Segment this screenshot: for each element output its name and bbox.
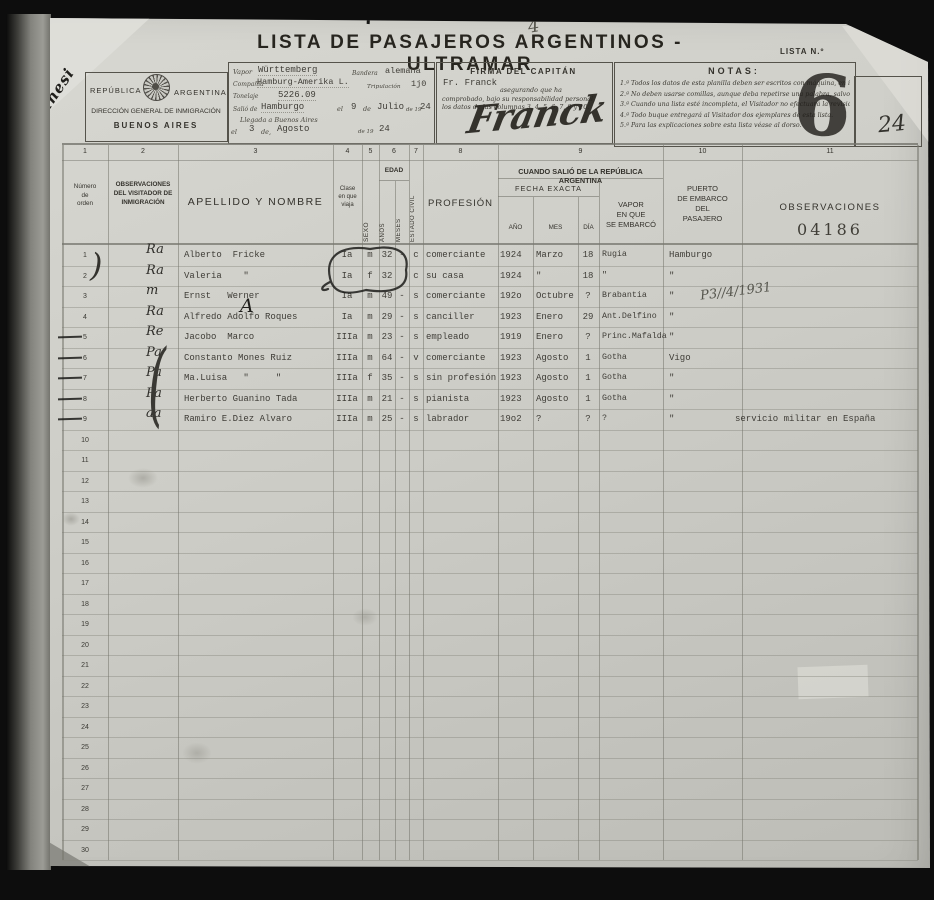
row-9-dia: ? <box>578 413 598 425</box>
row-9-ano: 19o2 <box>500 413 532 425</box>
row-4-prof: canciller <box>426 311 502 323</box>
row-3-prof: comerciante <box>426 290 502 302</box>
row-7-anos: 35 <box>379 372 395 384</box>
row-3-ano: 192o <box>500 290 532 302</box>
row-3-vapor: Brabantia <box>602 290 664 302</box>
table-grid <box>0 0 934 900</box>
col-num-10: 10 <box>663 148 742 155</box>
row-25-n: 25 <box>62 742 108 754</box>
row-19-n: 19 <box>62 619 108 631</box>
row-10-n: 10 <box>62 435 108 447</box>
brace-rows-6-9: ( <box>148 330 166 437</box>
grid-line <box>62 160 918 161</box>
row-9-sexo: m <box>361 413 379 425</box>
grid-line <box>62 348 918 349</box>
pen-strike-row-6 <box>58 356 82 359</box>
row-3-mes: Octubre <box>536 290 576 302</box>
row-7-clase: IIIa <box>333 372 361 384</box>
row-5-anos: 23 <box>379 331 395 343</box>
grid-line <box>62 143 918 145</box>
row-6-vapor: Gotha <box>602 352 664 364</box>
row-5-sexo: m <box>361 331 379 343</box>
row-4-meses: - <box>395 311 409 323</box>
row-27-n: 27 <box>62 783 108 795</box>
row-1-name: Alberto Fricke <box>184 249 336 261</box>
row-2-ano: 1924 <box>500 270 532 282</box>
row-7-mes: Agosto <box>536 372 576 384</box>
grid-line <box>62 266 918 267</box>
pen-loop-rows-1-2 <box>320 242 416 300</box>
row-21-n: 21 <box>62 660 108 672</box>
grid-line <box>62 491 918 492</box>
row-5-clase: IIIa <box>333 331 361 343</box>
grid-line <box>62 512 918 513</box>
header-meses: MESES <box>396 188 402 242</box>
header-observaciones: OBSERVACIONES <box>742 202 918 213</box>
header-apellido: APELLIDO Y NOMBRE <box>178 196 333 208</box>
page-fold-edge <box>6 14 51 870</box>
row-7-ano: 1923 <box>500 372 532 384</box>
row-6-dia: 1 <box>578 352 598 364</box>
row-5-name: Jacobo Marco <box>184 331 336 343</box>
row-20-n: 20 <box>62 640 108 652</box>
grid-line <box>62 696 918 697</box>
row-1-prof: comerciante <box>426 249 502 261</box>
header-edad: EDAD <box>379 167 409 174</box>
col-num-6: 6 <box>379 148 409 155</box>
row-18-n: 18 <box>62 599 108 611</box>
row-8-meses: - <box>395 393 409 405</box>
row-2-vapor: " <box>602 270 664 282</box>
row-9-clase: IIIa <box>333 413 361 425</box>
col-num-2: 2 <box>108 148 178 155</box>
row-2-name: Valeria " <box>184 270 336 282</box>
row-4-ano: 1923 <box>500 311 532 323</box>
grid-line <box>62 368 918 369</box>
row-9-puerto: " <box>669 413 739 425</box>
row-1-puerto: Hamburgo <box>669 249 739 261</box>
grid-line <box>62 717 918 718</box>
grid-line <box>62 758 918 759</box>
row-6-ano: 1923 <box>500 352 532 364</box>
row-5-ano: 1919 <box>500 331 532 343</box>
grid-line <box>62 635 918 636</box>
grid-line <box>62 860 918 861</box>
row-8-prof: pianista <box>426 393 502 405</box>
row-5-puerto: " <box>669 331 739 343</box>
row-13-n: 13 <box>62 496 108 508</box>
header-dia: DÍA <box>578 224 599 231</box>
row-7-prof: sin profesión <box>426 372 502 384</box>
row-4-clase: Ia <box>333 311 361 323</box>
row-3-n: 3 <box>62 291 108 303</box>
grid-line <box>62 573 918 574</box>
row-4-hand_overlay: A <box>240 300 262 312</box>
grid-line <box>62 799 918 800</box>
row-4-name: Alfredo Adolfo Roques <box>184 311 336 323</box>
row-8-vapor: Gotha <box>602 393 664 405</box>
stamp-number: 04186 <box>742 220 918 239</box>
row-7-meses: - <box>395 372 409 384</box>
row-30-n: 30 <box>62 845 108 857</box>
row-2-prof: su casa <box>426 270 502 282</box>
document-page: LISTA DE PASAJEROS ARGENTINOS - ULTRAMAR… <box>0 0 934 900</box>
header-puerto: PUERTO DE EMBARCO DEL PASAJERO <box>663 184 742 224</box>
row-6-name: Constanto Mones Ruiz <box>184 352 336 364</box>
row-4-estado: s <box>409 311 423 323</box>
row-26-n: 26 <box>62 763 108 775</box>
row-8-sexo: m <box>361 393 379 405</box>
row-8-name: Herberto Guanino Tada <box>184 393 336 405</box>
row-5-mes: Enero <box>536 331 576 343</box>
row-7-dia: 1 <box>578 372 598 384</box>
grid-line <box>62 676 918 677</box>
row-6-meses: - <box>395 352 409 364</box>
row-1-ano: 1924 <box>500 249 532 261</box>
col-num-1: 1 <box>62 148 108 155</box>
row-4-puerto: " <box>669 311 739 323</box>
grid-line <box>62 307 918 308</box>
grid-line <box>62 819 918 820</box>
row-11-n: 11 <box>62 455 108 467</box>
row-7-sexo: f <box>361 372 379 384</box>
header-estado-civil: ESTADO CIVIL <box>410 168 416 242</box>
row-2-dia: 18 <box>578 270 598 282</box>
row-8-clase: IIIa <box>333 393 361 405</box>
row-23-n: 23 <box>62 701 108 713</box>
row-5-prof: empleado <box>426 331 502 343</box>
grid-line <box>533 197 534 860</box>
col-num-9: 9 <box>498 148 663 155</box>
grid-line <box>498 196 599 197</box>
row-16-n: 16 <box>62 558 108 570</box>
grid-line <box>62 553 918 554</box>
header-ano: AÑO <box>498 224 533 231</box>
header-fecha-exacta: FECHA EXACTA <box>498 184 599 193</box>
row-29-n: 29 <box>62 824 108 836</box>
row-6-estado: v <box>409 352 423 364</box>
row-4-n: 4 <box>62 312 108 324</box>
row-5-dia: ? <box>578 331 598 343</box>
row-12-n: 12 <box>62 476 108 488</box>
grid-line <box>62 471 918 472</box>
row-7-estado: s <box>409 372 423 384</box>
row-8-mes: Agosto <box>536 393 576 405</box>
row-8-estado: s <box>409 393 423 405</box>
grid-line <box>62 327 918 328</box>
row-2-puerto: " <box>669 270 739 282</box>
grid-line <box>108 145 109 860</box>
row-8-puerto: " <box>669 393 739 405</box>
row-1-dia: 18 <box>578 249 598 261</box>
row-2-mark: Ra <box>146 265 180 277</box>
grid-line <box>742 145 743 860</box>
grid-line <box>62 532 918 533</box>
row-17-n: 17 <box>62 578 108 590</box>
grid-line <box>62 409 918 410</box>
row-6-puerto: Vigo <box>669 352 739 364</box>
row-9-prof: labrador <box>426 413 502 425</box>
row-7-name: Ma.Luisa " " <box>184 372 336 384</box>
grid-line <box>62 243 918 245</box>
row-8-anos: 21 <box>379 393 395 405</box>
row-4-sexo: m <box>361 311 379 323</box>
row-4-dia: 29 <box>578 311 598 323</box>
row-1-vapor: Rugia <box>602 249 664 261</box>
grid-line <box>62 614 918 615</box>
row-4-anos: 29 <box>379 311 395 323</box>
row-9-vapor: ? <box>602 413 664 425</box>
row-24-n: 24 <box>62 722 108 734</box>
row-5-meses: - <box>395 331 409 343</box>
row-9-anos: 25 <box>379 413 395 425</box>
grid-line <box>423 145 424 860</box>
row-9-mes: ? <box>536 413 576 425</box>
row-7-vapor: Gotha <box>602 372 664 384</box>
row-7-puerto: " <box>669 372 739 384</box>
bracket-rows-1-2: ) <box>90 246 102 284</box>
row-28-n: 28 <box>62 804 108 816</box>
header-clase: Clase en que viaja <box>333 185 362 209</box>
row-3-mark: m <box>146 285 180 297</box>
row-9-name: Ramiro E.Diez Alvaro <box>184 413 336 425</box>
header-observaciones-visitador: OBSERVACIONES DEL VISITADOR DE INMIGRACI… <box>108 180 178 207</box>
header-profesion: PROFESIÓN <box>423 198 498 209</box>
scanned-document: LISTA DE PASAJEROS ARGENTINOS - ULTRAMAR… <box>0 0 934 900</box>
grid-line <box>599 179 600 860</box>
header-anos: AÑOS <box>380 190 386 242</box>
row-22-n: 22 <box>62 681 108 693</box>
row-1-mark: Ra <box>146 244 180 256</box>
col-num-4: 4 <box>333 148 362 155</box>
row-8-ano: 1923 <box>500 393 532 405</box>
col-num-5: 5 <box>362 148 379 155</box>
header-cuando-salio: CUANDO SALIÓ DE LA REPÚBLICA ARGENTINA <box>498 167 663 185</box>
row-5-vapor: Princ.Mafalda <box>602 331 664 343</box>
grid-line <box>917 145 919 860</box>
row-6-prof: comerciante <box>426 352 502 364</box>
row-1-mes: Marzo <box>536 249 576 261</box>
grid-line <box>62 778 918 779</box>
header-numero: Número de orden <box>62 183 108 209</box>
grid-line <box>62 389 918 390</box>
col-num-7: 7 <box>409 148 423 155</box>
grid-line <box>62 655 918 656</box>
row-6-anos: 64 <box>379 352 395 364</box>
grid-line <box>62 594 918 595</box>
grid-line <box>62 737 918 738</box>
row-14-n: 14 <box>62 517 108 529</box>
pen-strike-row-8 <box>58 397 82 400</box>
row-9-obs: servicio militar en España <box>735 413 917 425</box>
grid-line <box>379 180 409 181</box>
row-4-mes: Enero <box>536 311 576 323</box>
header-vapor-embarco: VAPOR EN QUE SE EMBARCÓ <box>599 200 663 230</box>
row-6-clase: IIIa <box>333 352 361 364</box>
row-3-dia: ? <box>578 290 598 302</box>
row-2-mes: " <box>536 270 576 282</box>
row-8-dia: 1 <box>578 393 598 405</box>
row-9-estado: s <box>409 413 423 425</box>
col-num-8: 8 <box>423 148 498 155</box>
row-4-mark: Ra <box>146 306 180 318</box>
grid-line <box>62 840 918 841</box>
grid-line <box>62 450 918 451</box>
row-15-n: 15 <box>62 537 108 549</box>
col-num-3: 3 <box>178 148 333 155</box>
row-6-mes: Agosto <box>536 352 576 364</box>
header-sexo: SEXO <box>363 192 370 242</box>
row-6-sexo: m <box>361 352 379 364</box>
col-num-11: 11 <box>742 148 918 155</box>
row-9-meses: - <box>395 413 409 425</box>
row-4-vapor: Ant.Delfino <box>602 311 664 323</box>
row-5-estado: s <box>409 331 423 343</box>
grid-line <box>62 430 918 431</box>
header-mes: MES <box>533 224 578 231</box>
